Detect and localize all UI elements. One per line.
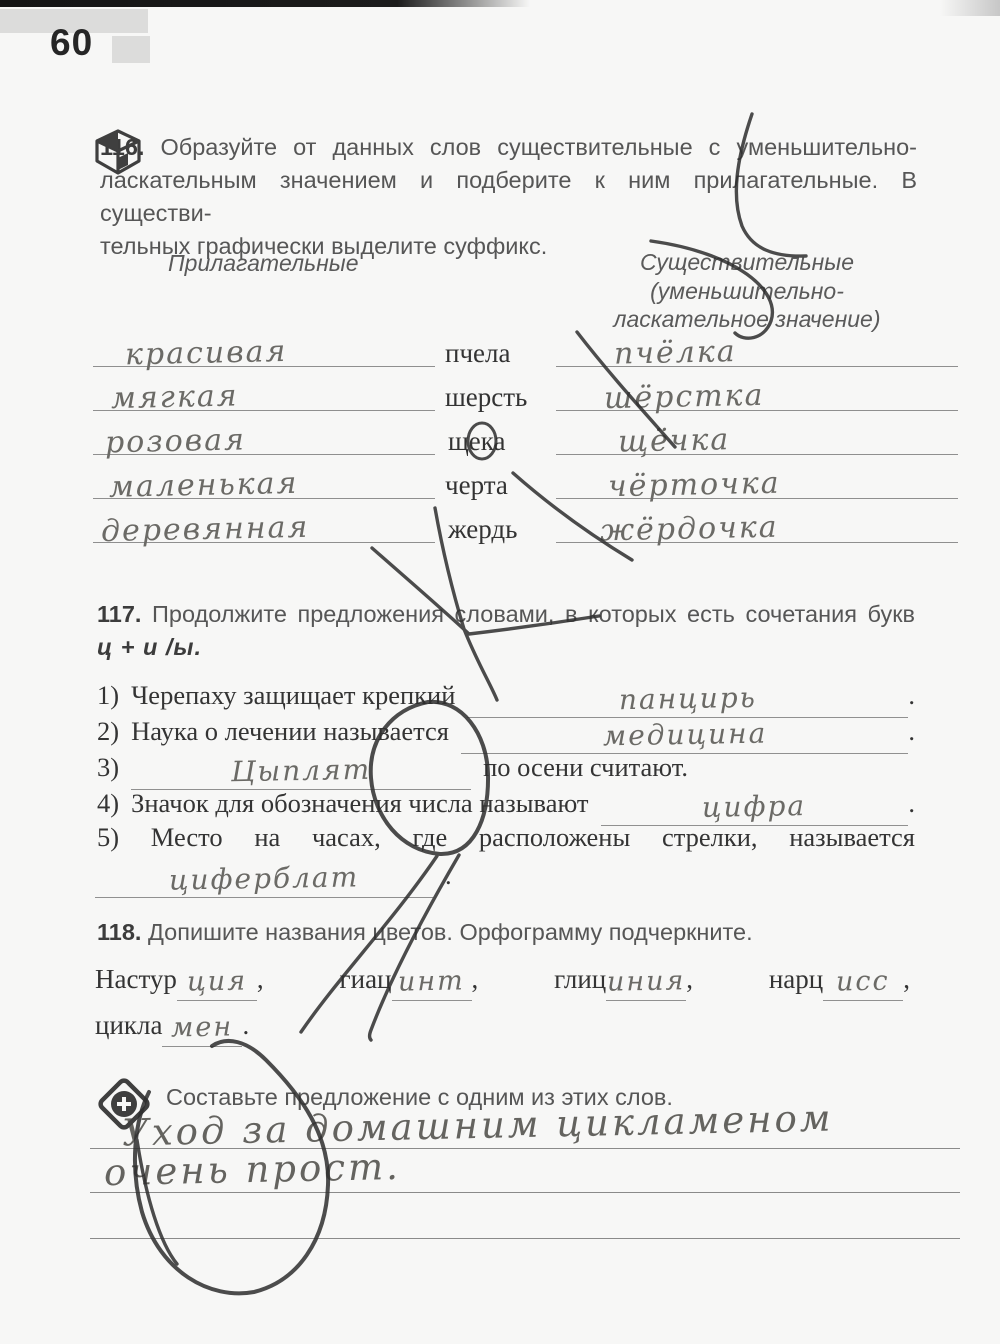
exercise-117-number: 117.	[97, 601, 141, 627]
exercise-117-item-5-answer: циферблат .	[97, 858, 915, 892]
answer-line: медицина	[461, 720, 908, 754]
answer-line: ция	[177, 969, 257, 1001]
printed-word: пчела	[445, 338, 510, 369]
exercise-116-instruction: 116. Образуйте от данных слов существите…	[100, 131, 917, 263]
handwritten-ending: исс	[836, 966, 890, 998]
handwritten-adjective: розовая	[93, 422, 247, 460]
handwritten-diminutive: жёрдочка	[556, 510, 779, 550]
handwritten-sentence-line-2: очень прост.	[104, 1145, 402, 1194]
answer-line-diminutive: жёрдочка	[556, 500, 958, 543]
answer-line-adjective: мягкая	[93, 368, 435, 411]
answer-line-diminutive: щёчка	[556, 412, 958, 455]
flower-words-line: Настурция, гиацинт, глициния, нарцисс,	[95, 964, 910, 996]
flower-word: нарцисс,	[769, 964, 910, 996]
handwritten-answer: панцирь	[619, 681, 757, 716]
handwritten-ending: ция	[187, 965, 248, 997]
flower-word: глициния,	[554, 964, 693, 996]
answer-line: инт	[392, 969, 472, 1001]
exercise-117-item-2: 2) Наука о лечении называется медицина .	[97, 714, 915, 748]
page-number: 60	[50, 22, 93, 64]
handwritten-ending: иния	[607, 965, 686, 997]
scan-top-bar	[0, 0, 530, 7]
page-header-square	[112, 36, 150, 63]
writing-line	[90, 1238, 960, 1239]
handwritten-ending: мен	[171, 1011, 234, 1043]
handwritten-ending: инт	[398, 965, 465, 997]
column-header-adjectives: Прилагательные	[168, 250, 359, 277]
handwritten-adjective: мягкая	[93, 378, 239, 416]
answer-line-adjective: розовая	[93, 412, 435, 455]
flower-word: цикламен.	[95, 1010, 249, 1042]
answer-line-adjective: красивая	[93, 324, 435, 367]
scan-corner-smudge	[940, 0, 1000, 16]
answer-line: панцирь	[467, 684, 908, 718]
handwritten-adjective: деревянная	[93, 510, 310, 550]
printed-word: шерсть	[445, 382, 527, 413]
answer-line: циферблат	[95, 864, 433, 898]
answer-line-diminutive: чёрточка	[556, 456, 958, 499]
plus-diamond-icon	[94, 1074, 154, 1134]
printed-word: щека	[448, 426, 505, 457]
writing-line	[90, 1192, 960, 1193]
answer-line-adjective: деревянная	[93, 500, 435, 543]
answer-line-adjective: маленькая	[93, 456, 435, 499]
exercise-117-item-3: 3) Цыплят по осени считают.	[97, 750, 915, 784]
printed-word: черта	[445, 470, 508, 501]
answer-line: иния	[606, 969, 686, 1001]
cube-icon	[92, 128, 144, 176]
answer-line: исс	[823, 969, 903, 1001]
handwritten-answer: циферблат	[169, 860, 360, 896]
flower-word: Настурция,	[95, 964, 264, 996]
answer-line-diminutive: пчёлка	[556, 324, 958, 367]
printed-word: жердь	[448, 514, 517, 545]
handwritten-answer: цифра	[702, 789, 807, 824]
exercise-117-instruction: 117. Продолжите предложения словами, в к…	[97, 598, 915, 664]
answer-line: цифра	[601, 792, 909, 826]
exercise-118-instruction: 118. Допишите названия цветов. Орфограмм…	[97, 916, 915, 949]
workbook-page: 60 116. Образуйте от данных слов существ…	[0, 0, 1000, 1344]
handwritten-answer: Цыплят	[231, 753, 372, 788]
answer-line: мен	[162, 1015, 242, 1047]
flower-words-line-2: цикламен.	[95, 1010, 910, 1042]
flower-word: гиацинт,	[340, 964, 479, 996]
answer-line: Цыплят	[131, 756, 471, 790]
letter-combination: ц + и /ы.	[97, 631, 915, 664]
writing-line	[90, 1148, 960, 1149]
column-header-nouns: Существительные (уменьшительно- ласкател…	[592, 248, 902, 334]
handwritten-answer: медицина	[602, 717, 767, 753]
answer-line-diminutive: шёрстка	[556, 368, 958, 411]
exercise-117-item-1: 1) Черепаху защищает крепкий панцирь .	[97, 678, 915, 712]
exercise-118-number: 118.	[97, 919, 141, 945]
exercise-117-item-5: 5) Место на часах, где расположены стрел…	[97, 822, 915, 853]
exercise-117-item-4: 4) Значок для обозначения числа называют…	[97, 786, 915, 820]
